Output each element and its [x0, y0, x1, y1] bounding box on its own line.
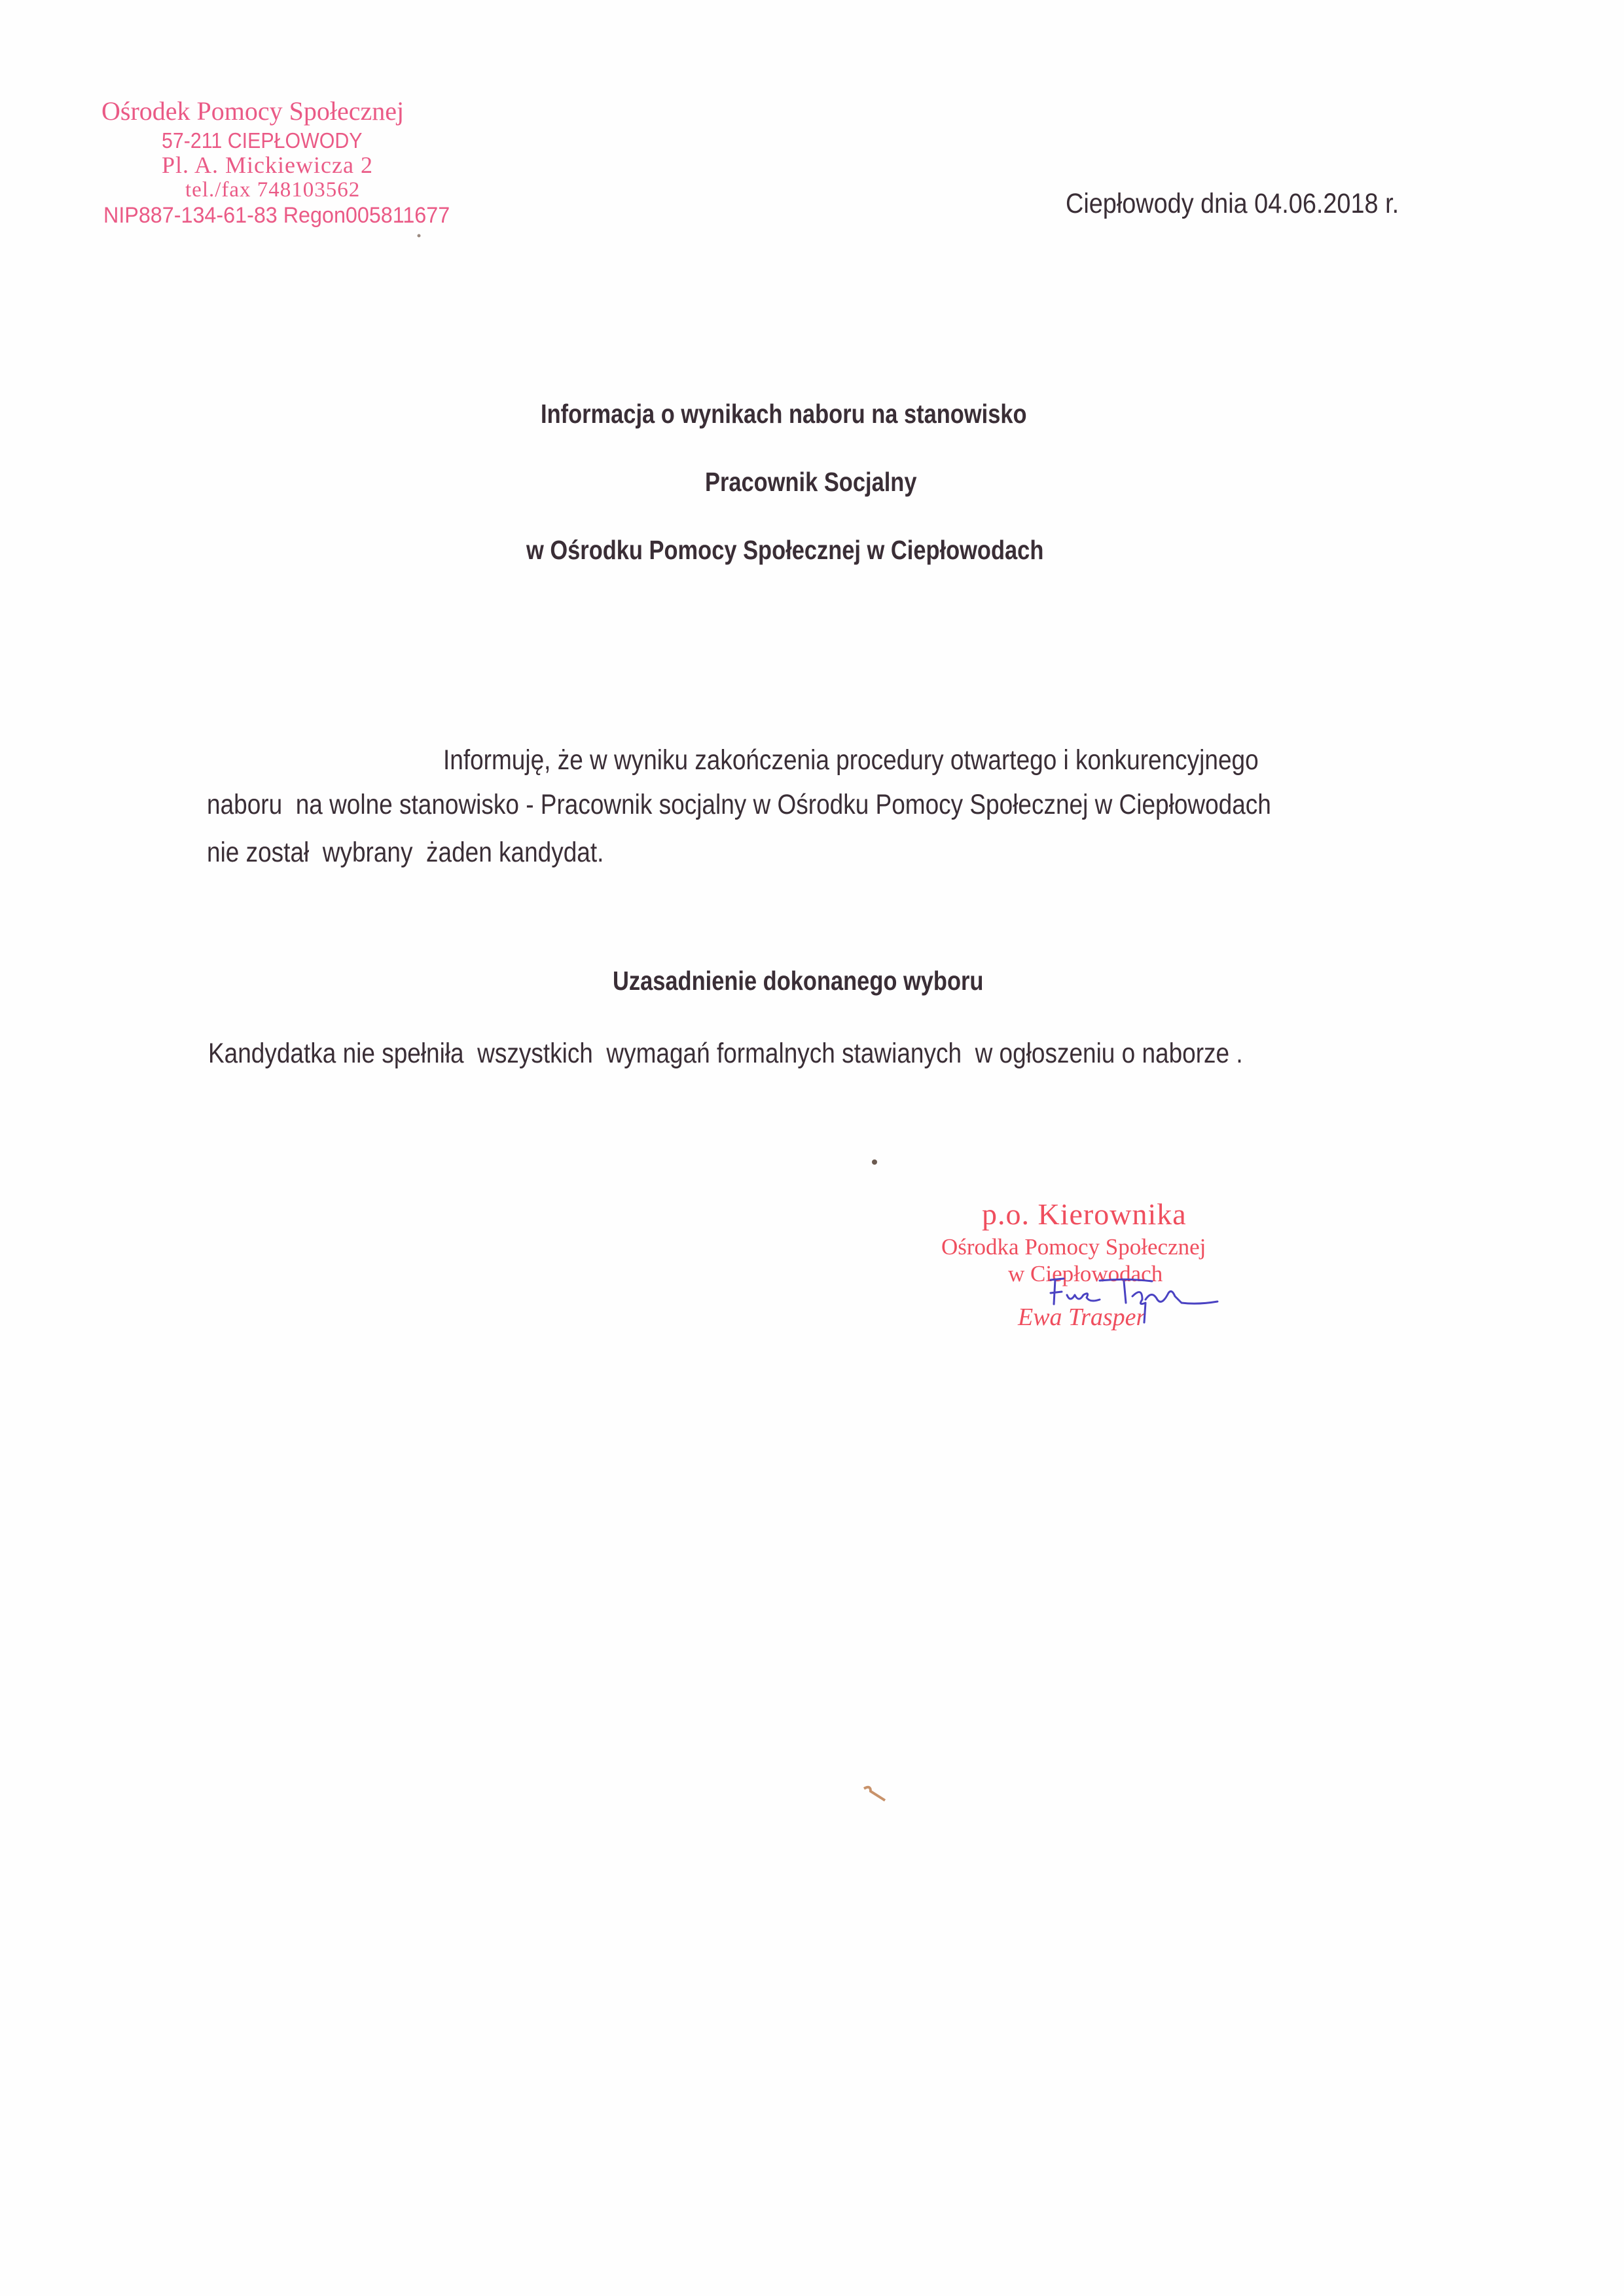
body-line-1: Informuję, że w wyniku zakończenia proce…	[443, 746, 1259, 774]
body-line-2: naboru na wolne stanowisko - Pracownik s…	[207, 791, 1271, 819]
justification-text: Kandydatka nie spełniła wszystkich wymag…	[208, 1040, 1243, 1068]
stamp-line-nip-regon: NIP887-134-61-83 Regon005811677	[103, 204, 450, 227]
document-page: Ośrodek Pomocy Społecznej 57-211 CIEPŁOW…	[0, 0, 1624, 2296]
title-line-1: Informacja o wynikach naboru na stanowis…	[541, 401, 1027, 428]
date-line: Ciepłowody dnia 04.06.2018 r.	[1066, 190, 1399, 218]
title-line-3: w Ośrodku Pomocy Społecznej w Ciepłowoda…	[526, 537, 1043, 564]
stamp-line-name: Ośrodek Pomocy Społecznej	[101, 98, 404, 124]
body-line-3: nie został wybrany żaden kandydat.	[207, 839, 604, 867]
title-line-2: Pracownik Socjalny	[705, 469, 916, 496]
justification-heading: Uzasadnienie dokonanego wyboru	[613, 968, 983, 994]
stamp-line-postcode: 57-211 CIEPŁOWODY	[162, 130, 363, 151]
handwritten-signature	[0, 0, 1624, 2296]
stamp-line-address: Pl. A. Mickiewicza 2	[162, 153, 373, 177]
signature-name: Ewa Trasper	[1018, 1305, 1146, 1330]
signature-title: p.o. Kierownika	[982, 1199, 1187, 1230]
scan-speck	[872, 1159, 877, 1165]
scan-speck	[864, 1787, 885, 1800]
signature-location: w Ciepłowodach	[1008, 1262, 1163, 1285]
stamp-line-phone: tel./fax 748103562	[185, 179, 360, 201]
signature-institution: Ośrodka Pomocy Społecznej	[941, 1235, 1206, 1258]
scan-speck	[418, 234, 421, 238]
